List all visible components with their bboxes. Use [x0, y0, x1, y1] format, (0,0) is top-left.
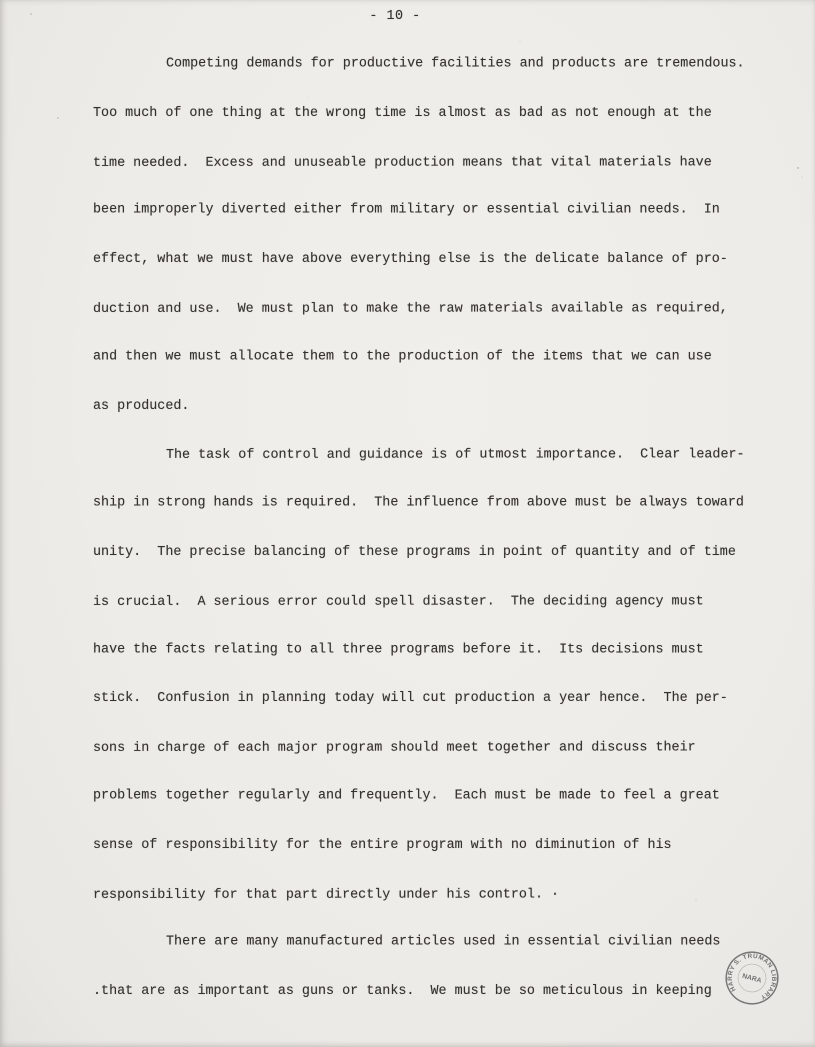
text-line: duction and use. We must plan to make th…: [93, 300, 773, 349]
text-line: time needed. Excess and unuseable produc…: [93, 154, 773, 203]
text-line: Competing demands for productive facilit…: [93, 56, 773, 105]
text-line: stick. Confusion in planning today will …: [93, 690, 773, 739]
document-page: - 10 - Competing demands for productive …: [0, 0, 815, 1047]
text-line: problems together regularly and frequent…: [93, 788, 773, 837]
scan-artifacts: [0, 0, 2, 2]
text-line: sense of responsibility for the entire p…: [93, 837, 773, 886]
text-line: as produced.: [93, 398, 773, 447]
text-line: is crucial. A serious error could spell …: [93, 593, 773, 642]
text-line: responsibility for that part directly un…: [93, 886, 773, 935]
text-line: unity. The precise balancing of these pr…: [93, 544, 773, 593]
text-line: .that are as important as guns or tanks.…: [93, 983, 773, 1032]
text-line: sons in charge of each major program sho…: [93, 739, 773, 788]
document-body: Competing demands for productive facilit…: [93, 56, 773, 1032]
text-line: been improperly diverted either from mil…: [93, 202, 773, 251]
text-line: have the facts relating to all three pro…: [93, 641, 773, 690]
text-line: and then we must allocate them to the pr…: [93, 348, 773, 397]
text-line: effect, what we must have above everythi…: [93, 251, 773, 300]
text-line: The task of control and guidance is of u…: [93, 447, 773, 496]
text-line: Too much of one thing at the wrong time …: [93, 105, 773, 154]
truman-library-stamp-icon: HARRY S. TRUMAN LIBRARY NARA: [720, 946, 784, 1010]
text-line: There are many manufactured articles use…: [93, 934, 773, 983]
text-line: ship in strong hands is required. The in…: [93, 495, 773, 544]
stamp-center-text: NARA: [741, 973, 762, 985]
page-number: - 10 -: [0, 9, 790, 24]
